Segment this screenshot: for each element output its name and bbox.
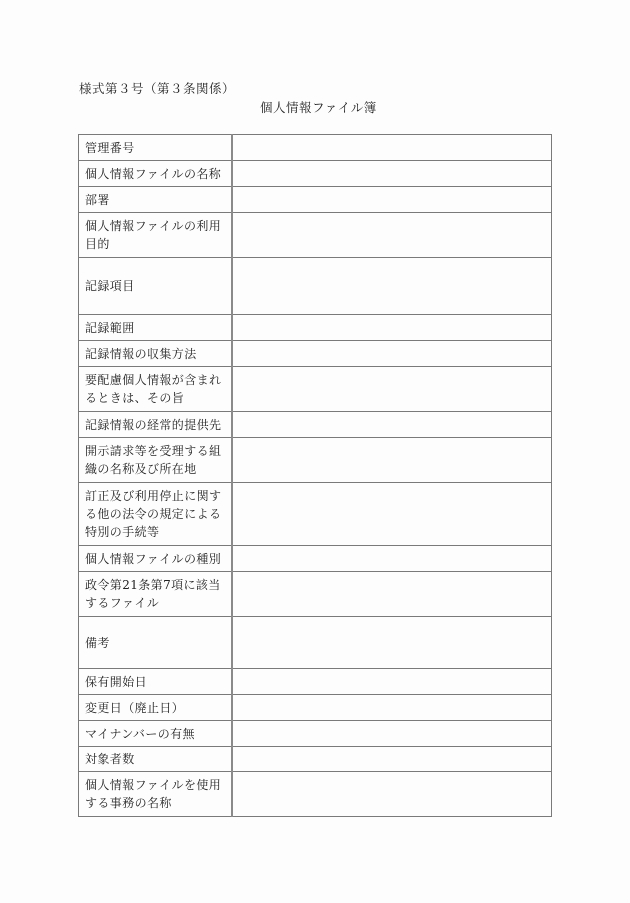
field-label: 対象者数 <box>79 747 233 772</box>
field-value-cell[interactable] <box>232 438 552 483</box>
field-value-cell[interactable] <box>232 546 552 572</box>
field-value-cell[interactable] <box>232 135 552 161</box>
field-label: 個人情報ファイルの利用目的 <box>79 213 233 258</box>
field-label: 記録情報の経常的提供先 <box>79 412 233 438</box>
table-row: 備考 <box>79 617 552 669</box>
field-label: 変更日（廃止日） <box>79 695 233 721</box>
table-row: 政令第21条第7項に該当するファイル <box>79 572 552 617</box>
table-row: マイナンバーの有無 <box>79 721 552 747</box>
field-label: 要配慮個人情報が含まれるときは、その旨 <box>79 367 233 412</box>
table-row: 部署 <box>79 187 552 213</box>
table-row: 個人情報ファイルの種別 <box>79 546 552 572</box>
table-row: 保有開始日 <box>79 669 552 695</box>
field-value-cell[interactable] <box>232 483 552 546</box>
personal-info-file-ledger-table: 管理番号個人情報ファイルの名称部署個人情報ファイルの利用目的記録項目記録範囲記録… <box>78 134 552 817</box>
field-label: 個人情報ファイルの名称 <box>79 161 233 187</box>
form-number: 様式第３号（第３条関係） <box>79 79 235 97</box>
field-label: 開示請求等を受理する組織の名称及び所在地 <box>79 438 233 483</box>
field-value-cell[interactable] <box>232 772 552 817</box>
table-row: 開示請求等を受理する組織の名称及び所在地 <box>79 438 552 483</box>
table-row: 個人情報ファイルの名称 <box>79 161 552 187</box>
field-value-cell[interactable] <box>232 747 552 772</box>
field-value-cell[interactable] <box>232 187 552 213</box>
table-row: 対象者数 <box>79 747 552 772</box>
field-value-cell[interactable] <box>232 721 552 747</box>
field-value-cell[interactable] <box>232 617 552 669</box>
table-row: 記録範囲 <box>79 315 552 341</box>
table-row: 個人情報ファイルを使用する事務の名称 <box>79 772 552 817</box>
field-value-cell[interactable] <box>232 315 552 341</box>
field-label: 備考 <box>79 617 233 669</box>
table-row: 記録情報の経常的提供先 <box>79 412 552 438</box>
field-value-cell[interactable] <box>232 161 552 187</box>
field-label: 部署 <box>79 187 233 213</box>
field-value-cell[interactable] <box>232 669 552 695</box>
field-value-cell[interactable] <box>232 572 552 617</box>
field-label: 政令第21条第7項に該当するファイル <box>79 572 233 617</box>
field-value-cell[interactable] <box>232 367 552 412</box>
field-value-cell[interactable] <box>232 695 552 721</box>
field-value-cell[interactable] <box>232 258 552 315</box>
table-row: 訂正及び利用停止に関する他の法令の規定による特別の手続等 <box>79 483 552 546</box>
field-value-cell[interactable] <box>232 213 552 258</box>
table-row: 要配慮個人情報が含まれるときは、その旨 <box>79 367 552 412</box>
field-label: 個人情報ファイルを使用する事務の名称 <box>79 772 233 817</box>
field-label: マイナンバーの有無 <box>79 721 233 747</box>
field-value-cell[interactable] <box>232 412 552 438</box>
table-row: 個人情報ファイルの利用目的 <box>79 213 552 258</box>
field-label: 管理番号 <box>79 135 233 161</box>
field-label: 保有開始日 <box>79 669 233 695</box>
field-value-cell[interactable] <box>232 341 552 367</box>
table-row: 管理番号 <box>79 135 552 161</box>
table-row: 記録情報の収集方法 <box>79 341 552 367</box>
field-label: 記録項目 <box>79 258 233 315</box>
document-title: 個人情報ファイル簿 <box>260 98 377 116</box>
field-label: 個人情報ファイルの種別 <box>79 546 233 572</box>
table-row: 記録項目 <box>79 258 552 315</box>
field-label: 記録範囲 <box>79 315 233 341</box>
table-row: 変更日（廃止日） <box>79 695 552 721</box>
field-label: 訂正及び利用停止に関する他の法令の規定による特別の手続等 <box>79 483 233 546</box>
field-label: 記録情報の収集方法 <box>79 341 233 367</box>
ledger-body: 管理番号個人情報ファイルの名称部署個人情報ファイルの利用目的記録項目記録範囲記録… <box>79 135 552 817</box>
